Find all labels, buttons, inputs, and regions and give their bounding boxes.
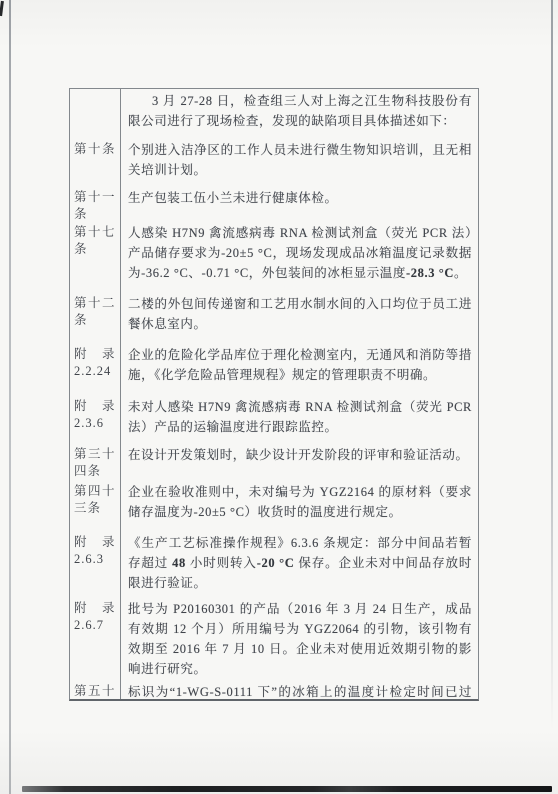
row-label: 第十二 条 <box>70 294 120 329</box>
row-label-line2: 条 <box>74 241 115 258</box>
row-label-line2: 2.3.6 <box>74 415 115 432</box>
row-label: 第四十 三条 <box>70 482 120 517</box>
row-finding-text: 批号为 P20160301 的产品（2016 年 3 月 24 日生产，成品有效… <box>120 599 478 679</box>
table-row: 附录 2.6.7 批号为 P20160301 的产品（2016 年 3 月 24… <box>70 599 478 679</box>
row-finding-text: 生产包装工伍小兰未进行健康体检。 <box>120 188 478 208</box>
table-row: 附录 2.2.24 企业的危险化学品库位于理化检测室内，无通风和消防等措施，《化… <box>70 345 478 385</box>
row-label-line1: 第十二 <box>74 295 115 312</box>
intro-paragraph: 3 月 27-28 日，检查组三人对上海之江生物科技股份有限公司进行了现场检查，… <box>120 91 478 131</box>
row-label-line1: 附录 <box>74 346 115 363</box>
row-label-line1: 第十一 <box>74 189 115 206</box>
row-label-line1: 附录 <box>74 534 115 551</box>
row-finding-text: 个别进入洁净区的工作人员未进行微生物知识培训，且无相关培训计划。 <box>120 140 478 180</box>
row-label: 第三十 四条 <box>70 445 120 480</box>
scan-corner-mark <box>0 1 4 16</box>
row-label-line1: 第十七 <box>74 224 115 241</box>
column-divider <box>120 89 121 699</box>
row-label-line2: 2.2.24 <box>74 363 115 380</box>
row-label: 附录 2.2.24 <box>70 345 120 380</box>
row-finding-text: 企业在验收准则中，未对编号为 YGZ2164 的原材料（要求储存温度为-20±5… <box>120 482 478 522</box>
row-label-line1: 第四十 <box>74 483 115 500</box>
table-row: 第十一 条 生产包装工伍小兰未进行健康体检。 <box>70 188 478 223</box>
row-label: 第十七 条 <box>70 223 120 258</box>
scan-edge-bottom-band <box>22 786 552 792</box>
row-label: 第十一 条 <box>70 188 120 223</box>
table-row: 附录 2.6.3 《生产工艺标准操作规程》6.3.6 条规定：部分中间品若暂存超… <box>70 533 478 593</box>
table-row: 第三十 四条 在设计开发策划时，缺少设计开发阶段的评审和验证活动。 <box>70 445 478 480</box>
table-row: 第五十 七条 标识为“1-WG-S-0111 下”的冰箱上的温度计检定时间已过期… <box>70 682 478 701</box>
row-label-line1: 附录 <box>74 398 115 415</box>
row-finding-text: 未对人感染 H7N9 禽流感病毒 RNA 检测试剂盒（荧光 PCR 法）产品的运… <box>120 397 478 437</box>
row-finding-text: 人感染 H7N9 禽流感病毒 RNA 检测试剂盒（荧光 PCR 法）产品储存要求… <box>120 223 478 283</box>
row-label-line2: 2.6.7 <box>74 617 115 634</box>
row-finding-text: 企业的危险化学品库位于理化检测室内，无通风和消防等措施，《化学危险品管理规程》规… <box>120 345 478 385</box>
row-label-line1: 第三十 <box>74 446 115 463</box>
scan-edge-right-line <box>551 0 553 730</box>
table-row: 第四十 三条 企业在验收准则中，未对编号为 YGZ2164 的原材料（要求储存温… <box>70 482 478 522</box>
row-label: 附录 2.6.7 <box>70 599 120 634</box>
row-label-line2: 四条 <box>74 463 115 480</box>
row-label-line1: 第五十 <box>74 683 115 700</box>
row-label-line2: 条 <box>74 206 115 223</box>
table-row: 第十条 个别进入洁净区的工作人员未进行微生物知识培训，且无相关培训计划。 <box>70 140 478 180</box>
intro-row: 3 月 27-28 日，检查组三人对上海之江生物科技股份有限公司进行了现场检查，… <box>70 91 478 131</box>
row-label-line2: 条 <box>74 312 115 329</box>
row-label-line2: 2.6.3 <box>74 551 115 568</box>
row-label: 第十条 <box>70 140 120 158</box>
row-finding-text: 二楼的外包间传递窗和工艺用水制水间的入口均位于员工进餐休息室内。 <box>120 294 478 334</box>
row-label-line2: 三条 <box>74 500 115 517</box>
row-label: 附录 2.3.6 <box>70 397 120 432</box>
scan-edge-left-line <box>9 0 11 794</box>
row-label: 附录 2.6.3 <box>70 533 120 568</box>
table-row: 附录 2.3.6 未对人感染 H7N9 禽流感病毒 RNA 检测试剂盒（荧光 P… <box>70 397 478 437</box>
row-label: 第五十 七条 <box>70 682 120 701</box>
findings-table: 3 月 27-28 日，检查组三人对上海之江生物科技股份有限公司进行了现场检查，… <box>69 88 479 701</box>
scanned-page: 3 月 27-28 日，检查组三人对上海之江生物科技股份有限公司进行了现场检查，… <box>0 0 558 794</box>
row-finding-text: 《生产工艺标准操作规程》6.3.6 条规定：部分中间品若暂存超过 48 小时则转… <box>120 533 478 593</box>
row-finding-text: 标识为“1-WG-S-0111 下”的冰箱上的温度计检定时间已过期。检定有效期为… <box>120 682 478 701</box>
table-row: 第十七 条 人感染 H7N9 禽流感病毒 RNA 检测试剂盒（荧光 PCR 法）… <box>70 223 478 283</box>
row-label-line1: 第十条 <box>74 141 115 158</box>
table-row: 第十二 条 二楼的外包间传递窗和工艺用水制水间的入口均位于员工进餐休息室内。 <box>70 294 478 334</box>
row-label-line2: 七条 <box>74 700 115 701</box>
row-label-line1: 附录 <box>74 600 115 617</box>
row-label <box>70 91 120 92</box>
row-finding-text: 在设计开发策划时，缺少设计开发阶段的评审和验证活动。 <box>120 445 478 465</box>
